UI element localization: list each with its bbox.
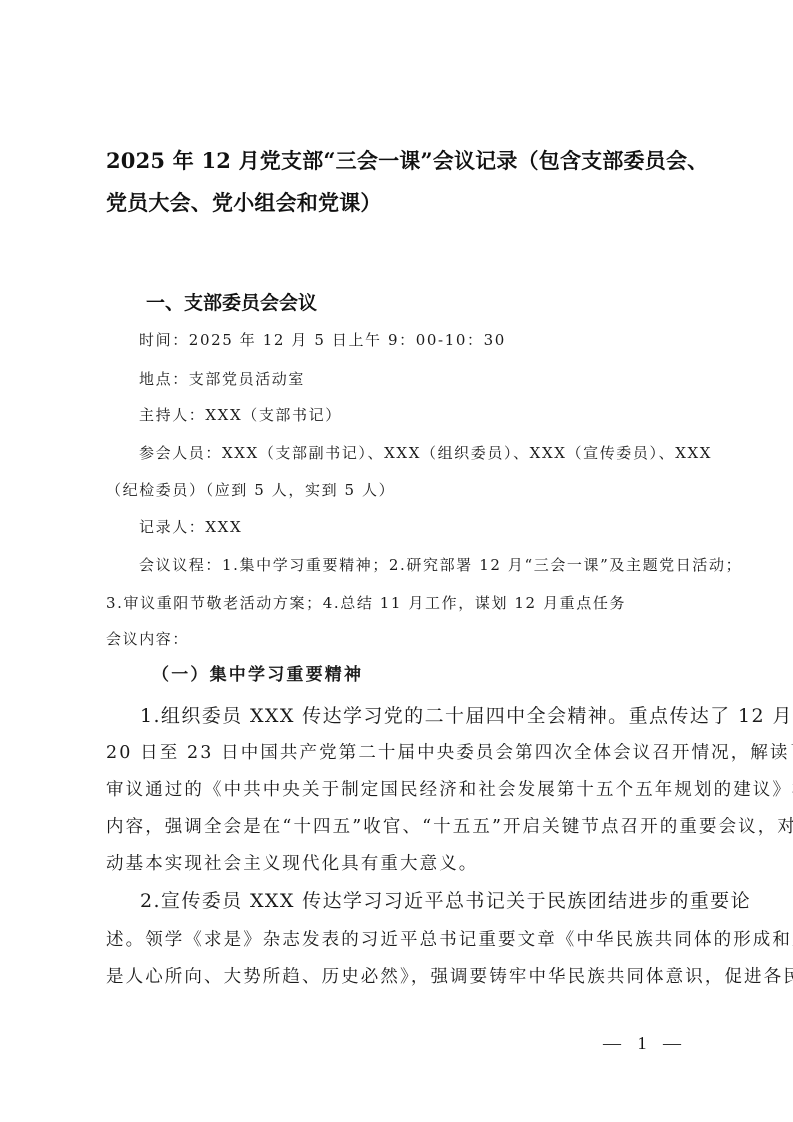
- meeting-attendees-line-2: （纪检委员）（应到 5 人，实到 5 人）: [106, 483, 395, 498]
- meeting-content-label: 会议内容：: [106, 632, 189, 647]
- page-number: — 1 —: [603, 1033, 687, 1054]
- document-title-line-2: 党员大会、党小组会和党课）: [106, 192, 382, 213]
- study-item-1-line-2: 20 日至 23 日中国共产党第二十届中央委员会第四次全体会议召开情况，解读了全…: [106, 745, 793, 763]
- meeting-time: 时间：2025 年 12 月 5 日上午 9：00-10：30: [139, 333, 506, 348]
- document-page: 2025 年 12 月党支部“三会一课”会议记录（包含支部委员会、 党员大会、党…: [0, 0, 793, 1122]
- meeting-host: 主持人：XXX（支部书记）: [139, 408, 342, 423]
- study-item-2-line-2: 述。领学《求是》杂志发表的习近平总书记重要文章《中华民族共同体的形成和发展: [106, 932, 793, 950]
- subsection-heading-study: （一）集中学习重要精神: [152, 667, 363, 684]
- meeting-attendees-line-1: 参会人员：XXX（支部副书记）、XXX（组织委员）、XXX（宣传委员）、XXX: [139, 446, 712, 461]
- study-item-2-line-3: 是人心所向、大势所趋、历史必然》，强调要铸牢中华民族共同体意识，促进各民族: [106, 969, 793, 987]
- meeting-agenda-line-2: 3.审议重阳节敬老活动方案；4.总结 11 月工作，谋划 12 月重点任务: [106, 596, 626, 611]
- study-item-1-line-1: 1.组织委员 XXX 传达学习党的二十届四中全会精神。重点传达了 12 月: [140, 707, 793, 726]
- study-item-1-line-5: 动基本实现社会主义现代化具有重大意义。: [106, 856, 478, 874]
- meeting-recorder: 记录人：XXX: [139, 520, 242, 535]
- study-item-1-line-4: 内容，强调全会是在“十四五”收官、“十五五”开启关键节点召开的重要会议，对于推: [106, 819, 793, 837]
- meeting-agenda-line-1: 会议议程：1.集中学习重要精神；2.研究部署 12 月“三会一课”及主题党日活动…: [139, 558, 742, 573]
- section-heading-branch-committee: 一、支部委员会会议: [146, 294, 317, 313]
- study-item-2-line-1: 2.宣传委员 XXX 传达学习习近平总书记关于民族团结进步的重要论: [140, 892, 751, 911]
- study-item-1-line-3: 审议通过的《中共中央关于制定国民经济和社会发展第十五个五年规划的建议》核心: [106, 782, 793, 800]
- meeting-location: 地点：支部党员活动室: [139, 372, 305, 387]
- document-title-line-1: 2025 年 12 月党支部“三会一课”会议记录（包含支部委员会、: [106, 150, 708, 171]
